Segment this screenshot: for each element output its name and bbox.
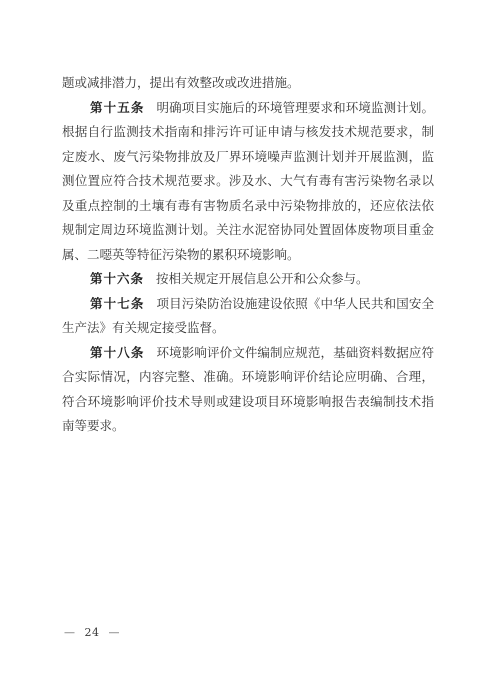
- article-17-heading: 第十七条: [90, 296, 144, 311]
- paragraph-continuation: 题或减排潜力，提出有效整改或改进措施。: [62, 71, 434, 96]
- page-footer: —24—: [64, 626, 120, 639]
- paragraph-text: 按相关规定开展信息公开和公众参与。: [156, 271, 369, 286]
- article-16-heading: 第十六条: [90, 271, 144, 286]
- article-15-heading: 第十五条: [90, 100, 144, 115]
- footer-dash-right: —: [109, 626, 121, 639]
- document-body: 题或减排潜力，提出有效整改或改进措施。 第十五条明确项目实施后的环境管理要求和环…: [62, 71, 434, 439]
- paragraph-text: 题或减排潜力，提出有效整改或改进措施。: [62, 75, 300, 90]
- paragraph-article-16: 第十六条按相关规定开展信息公开和公众参与。: [62, 267, 434, 292]
- document-page: 题或减排潜力，提出有效整改或改进措施。 第十五条明确项目实施后的环境管理要求和环…: [0, 0, 495, 699]
- paragraph-text: 明确项目实施后的环境管理要求和环境监测计划。根据自行监测技术指南和排污许可证申请…: [62, 100, 434, 262]
- paragraph-article-15: 第十五条明确项目实施后的环境管理要求和环境监测计划。根据自行监测技术指南和排污许…: [62, 96, 434, 268]
- page-number: 24: [85, 626, 100, 639]
- paragraph-article-17: 第十七条项目污染防治设施建设依照《中华人民共和国安全生产法》有关规定接受监督。: [62, 292, 434, 341]
- footer-dash-left: —: [64, 626, 76, 639]
- paragraph-article-18: 第十八条环境影响评价文件编制应规范，基础资料数据应符合实际情况，内容完整、准确。…: [62, 341, 434, 439]
- article-18-heading: 第十八条: [90, 345, 144, 360]
